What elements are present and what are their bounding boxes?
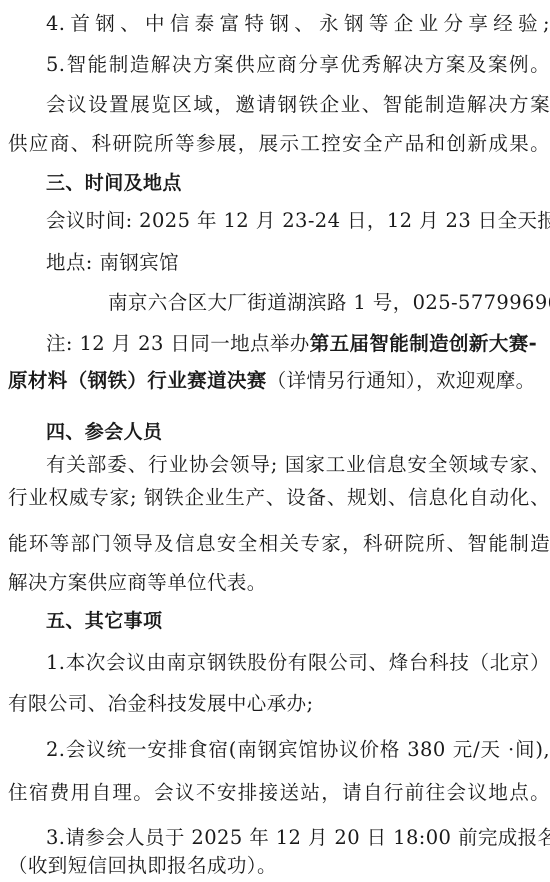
meeting-time: 会议时间: 2025 年 12 月 23-24 日，12 月 23 日全天报到 xyxy=(46,208,550,234)
other-item-2-line-2: 住宿费用自理。会议不安排接送站，请自行前往会议地点。 xyxy=(8,780,550,806)
exhibition-paragraph-line-2: 供应商、科研院所等参展，展示工控安全产品和创新成果。 xyxy=(8,131,550,157)
meeting-place: 地点: 南钢宾馆 xyxy=(46,250,550,276)
section-heading-attendees: 四、参会人员 xyxy=(46,419,550,445)
attendees-line-4: 解决方案供应商等单位代表。 xyxy=(8,570,550,596)
section-heading-time-place: 三、时间及地点 xyxy=(46,170,550,196)
note-suffix: （详情另行通知），欢迎观摩。 xyxy=(267,369,536,392)
attendees-line-1: 有关部委、行业协会领导; 国家工业信息安全领域专家、 xyxy=(46,452,550,478)
exhibition-paragraph-line-1: 会议设置展览区域，邀请钢铁企业、智能制造解决方案 xyxy=(46,92,550,118)
other-item-3-line-2: （收到短信回执即报名成功）。 xyxy=(8,853,550,879)
note-line-1: 注: 12 月 23 日同一地点举办第五届智能制造创新大赛- xyxy=(46,331,550,357)
note-line-2: 原材料（钢铁）行业赛道决赛（详情另行通知），欢迎观摩。 xyxy=(8,368,550,394)
list-item-4: 4.首钢、中信泰富特钢、永钢等企业分享经验; xyxy=(46,11,550,37)
other-item-1-line-1: 1.本次会议由南京钢铁股份有限公司、烽台科技（北京） xyxy=(46,650,550,676)
meeting-address: 南京六合区大厂街道湖滨路 1 号，025-57799696 xyxy=(108,290,550,316)
list-item-5: 5.智能制造解决方案供应商分享优秀解决方案及案例。 xyxy=(46,52,550,78)
other-item-3-line-1: 3.请参会人员于 2025 年 12 月 20 日 18:00 前完成报名 xyxy=(46,825,550,851)
note-event-name-part-1: 第五届智能制造创新大赛- xyxy=(310,332,537,355)
section-heading-other-matters: 五、其它事项 xyxy=(46,608,550,634)
other-item-1-line-2: 有限公司、冶金科技发展中心承办; xyxy=(8,691,550,717)
note-prefix: 注: 12 月 23 日同一地点举办 xyxy=(46,332,310,355)
note-event-name-part-2: 原材料（钢铁）行业赛道决赛 xyxy=(8,369,267,392)
attendees-line-2: 行业权威专家; 钢铁企业生产、设备、规划、信息化自动化、 xyxy=(8,485,550,511)
other-item-2-line-1: 2.会议统一安排食宿(南钢宾馆协议价格 380 元/天 ·间), xyxy=(46,737,550,763)
attendees-line-3: 能环等部门领导及信息安全相关专家，科研院所、智能制造 xyxy=(8,531,550,557)
